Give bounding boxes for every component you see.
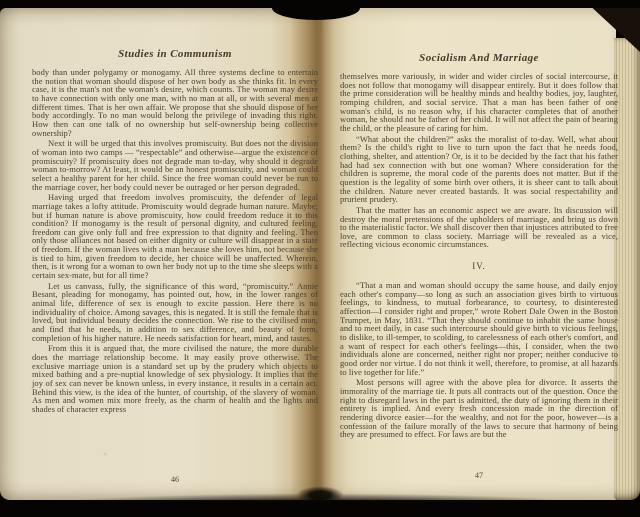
paragraph: “That a man and woman should occupy the … xyxy=(340,281,618,376)
paragraph: Most persons will agree with the above p… xyxy=(340,378,618,439)
running-head-right: Socialism And Marriage xyxy=(340,52,618,64)
running-head-left: Studies in Communism xyxy=(32,48,318,60)
section-heading: IV. xyxy=(340,261,618,271)
paragraph: That the matter has an economic aspect w… xyxy=(340,206,618,249)
right-page-content: Socialism And Marriage themselves more v… xyxy=(340,52,618,439)
paragraph: body than under polygamy or monogamy. Al… xyxy=(32,68,318,137)
open-book: Studies in Communism body than under pol… xyxy=(0,8,640,500)
paragraph: Next it will be urged that this involves… xyxy=(32,139,318,191)
page-number-left: 46 xyxy=(32,475,318,484)
paragraph: From this it is argued that, the more ci… xyxy=(32,344,318,413)
book-photo: Studies in Communism body than under pol… xyxy=(0,0,640,517)
page-number-right: 47 xyxy=(340,471,618,480)
paragraph: Having urged that freedom involves promi… xyxy=(32,193,318,280)
paragraph: “What about the children?” asks the mora… xyxy=(340,135,618,204)
right-page-body: themselves more variously, in wider and … xyxy=(340,72,618,439)
paragraph: themselves more variously, in wider and … xyxy=(340,72,618,133)
left-page-content: Studies in Communism body than under pol… xyxy=(32,48,318,414)
paragraph: Let us canvass, fully, the significance … xyxy=(32,282,318,343)
gutter-foot-shadow xyxy=(296,486,344,504)
left-page-body: body than under polygamy or monogamy. Al… xyxy=(32,68,318,414)
